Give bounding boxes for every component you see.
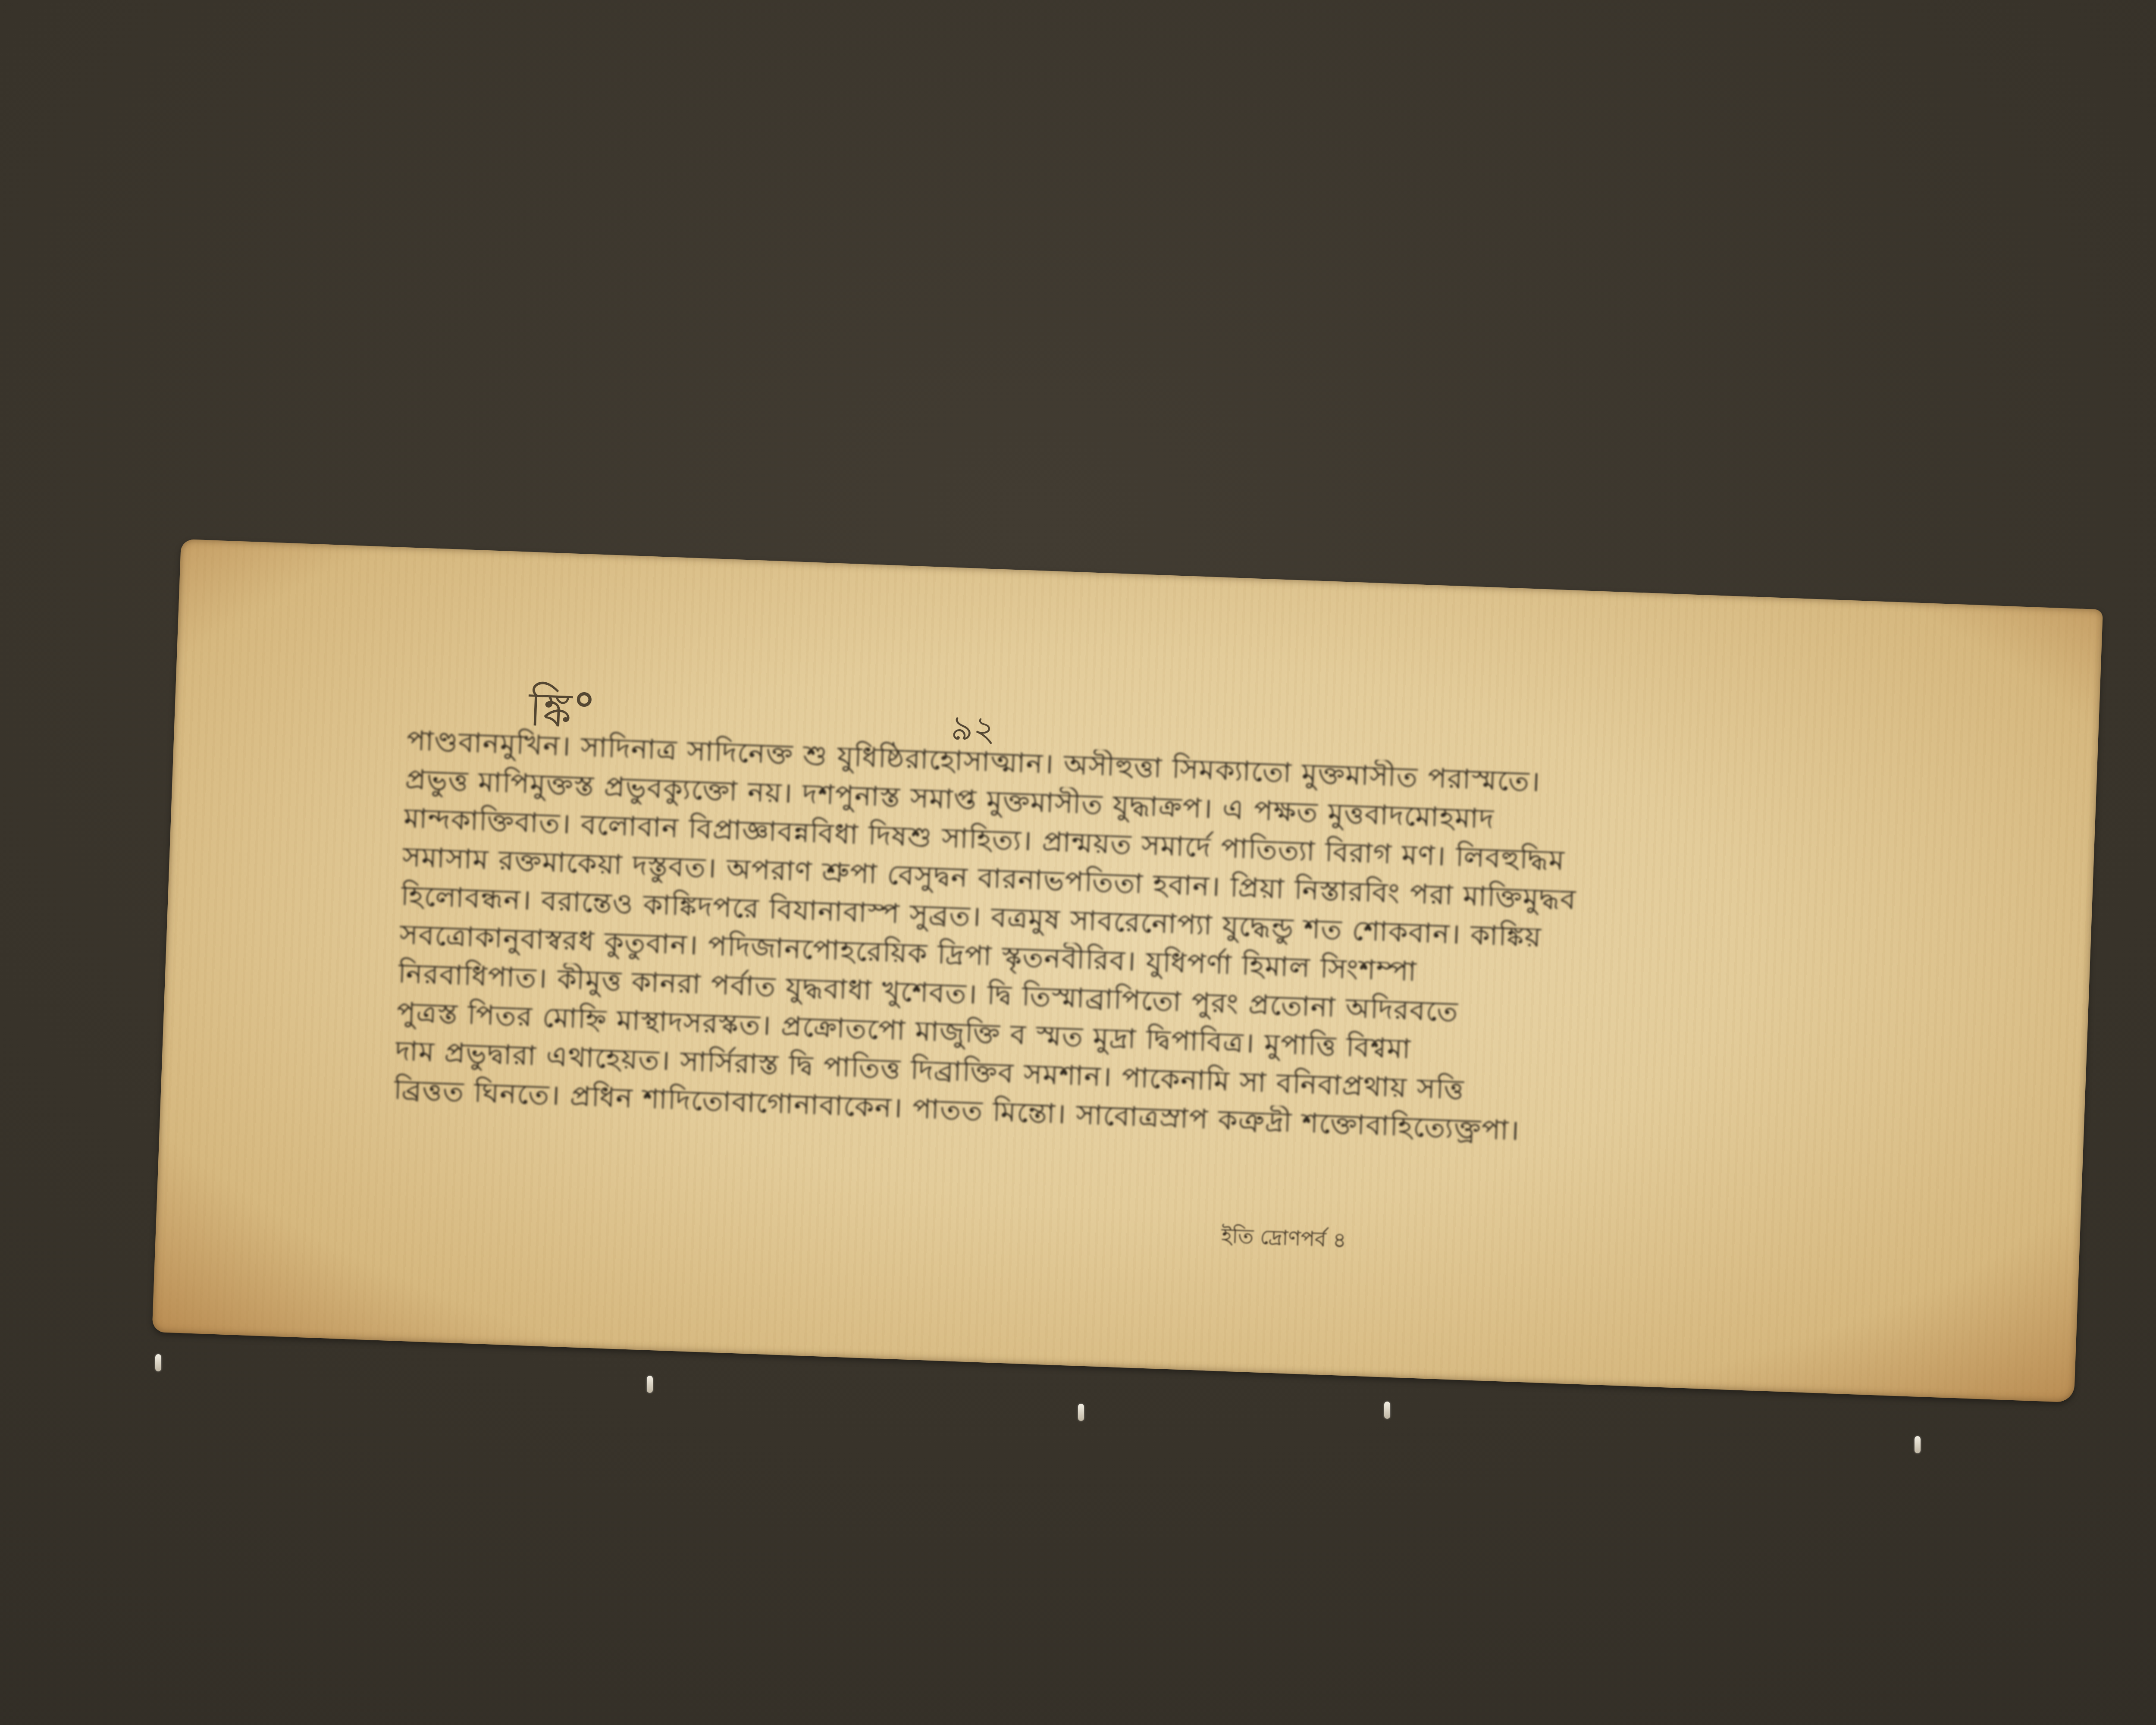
script-line: দাম প্রভুদ্বারা এথাহেয়ত। সার্সিরাস্ত দ্…	[395, 1035, 1852, 1121]
folio-number: ৯২	[950, 701, 997, 761]
display-stage: ঙ্কি° ৯২ পাণ্ডবানমুখিন। সাদিনাত্র সাদিনে…	[0, 0, 2156, 1725]
script-line: পুত্রস্ত পিতর মোহ্নি মাস্থাদসরস্কত। প্রক…	[396, 996, 1854, 1082]
script-line: ব্রিত্তত ঘিনতে। প্রধিন শাদিতোবাগোনাবাকেন…	[393, 1073, 1851, 1160]
script-line: সমাসাম রক্তমাকেয়া দস্তুবত। অপরাণ শ্রুপা…	[402, 841, 1860, 927]
mount-pin	[155, 1354, 161, 1371]
script-text-block: পাণ্ডবানমুখিন। সাদিনাত্র সাদিনেক্ত শু যু…	[393, 724, 1864, 1166]
script-line: পাণ্ডবানমুখিন। সাদিনাত্র সাদিনেক্ত শু যু…	[406, 724, 1864, 811]
script-line: হিলোবন্ধন। বরান্তেও কাঙ্কিদপরে বিযানাবাস…	[401, 879, 1858, 966]
mount-pin	[647, 1376, 653, 1393]
mount-pin	[1915, 1436, 1921, 1453]
colophon: ইতি দ্রোণপর্ব ৪	[1221, 1220, 1347, 1259]
script-line: নিরবাধিপাত। কীমুত্ত কানরা পর্বাত যুদ্ধবা…	[398, 957, 1855, 1043]
mount-pin	[1078, 1404, 1084, 1421]
script-line: সবত্রোকানুবাস্বরধ কুতুবান। পদিজানপোহরেয়…	[399, 918, 1857, 1004]
script-line: প্রভুত্ত মাপিমুক্তস্ত প্রভুবক্যুক্তো নয়…	[405, 763, 1863, 849]
mount-pin	[1384, 1402, 1390, 1419]
marginal-mark: ঙ্কি°	[527, 673, 597, 755]
script-line: মান্দকাক্তিবাত। বলোবান বিপ্রাজ্ঞাবন্নবিধ…	[403, 802, 1861, 888]
manuscript-leaf: ঙ্কি° ৯২ পাণ্ডবানমুখিন। সাদিনাত্র সাদিনে…	[152, 539, 2103, 1402]
